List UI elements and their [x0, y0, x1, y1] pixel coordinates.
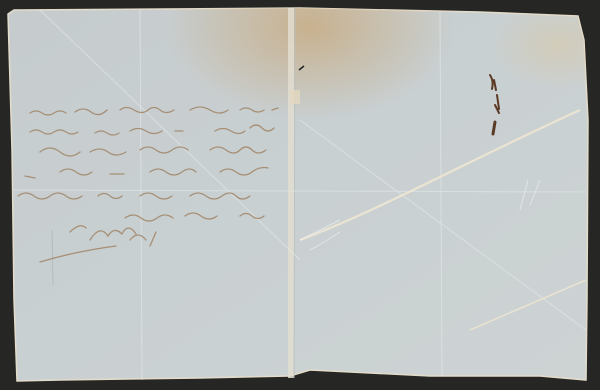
center-fold [288, 8, 294, 378]
photo-stage [0, 0, 600, 390]
paper-sheet [0, 0, 600, 390]
